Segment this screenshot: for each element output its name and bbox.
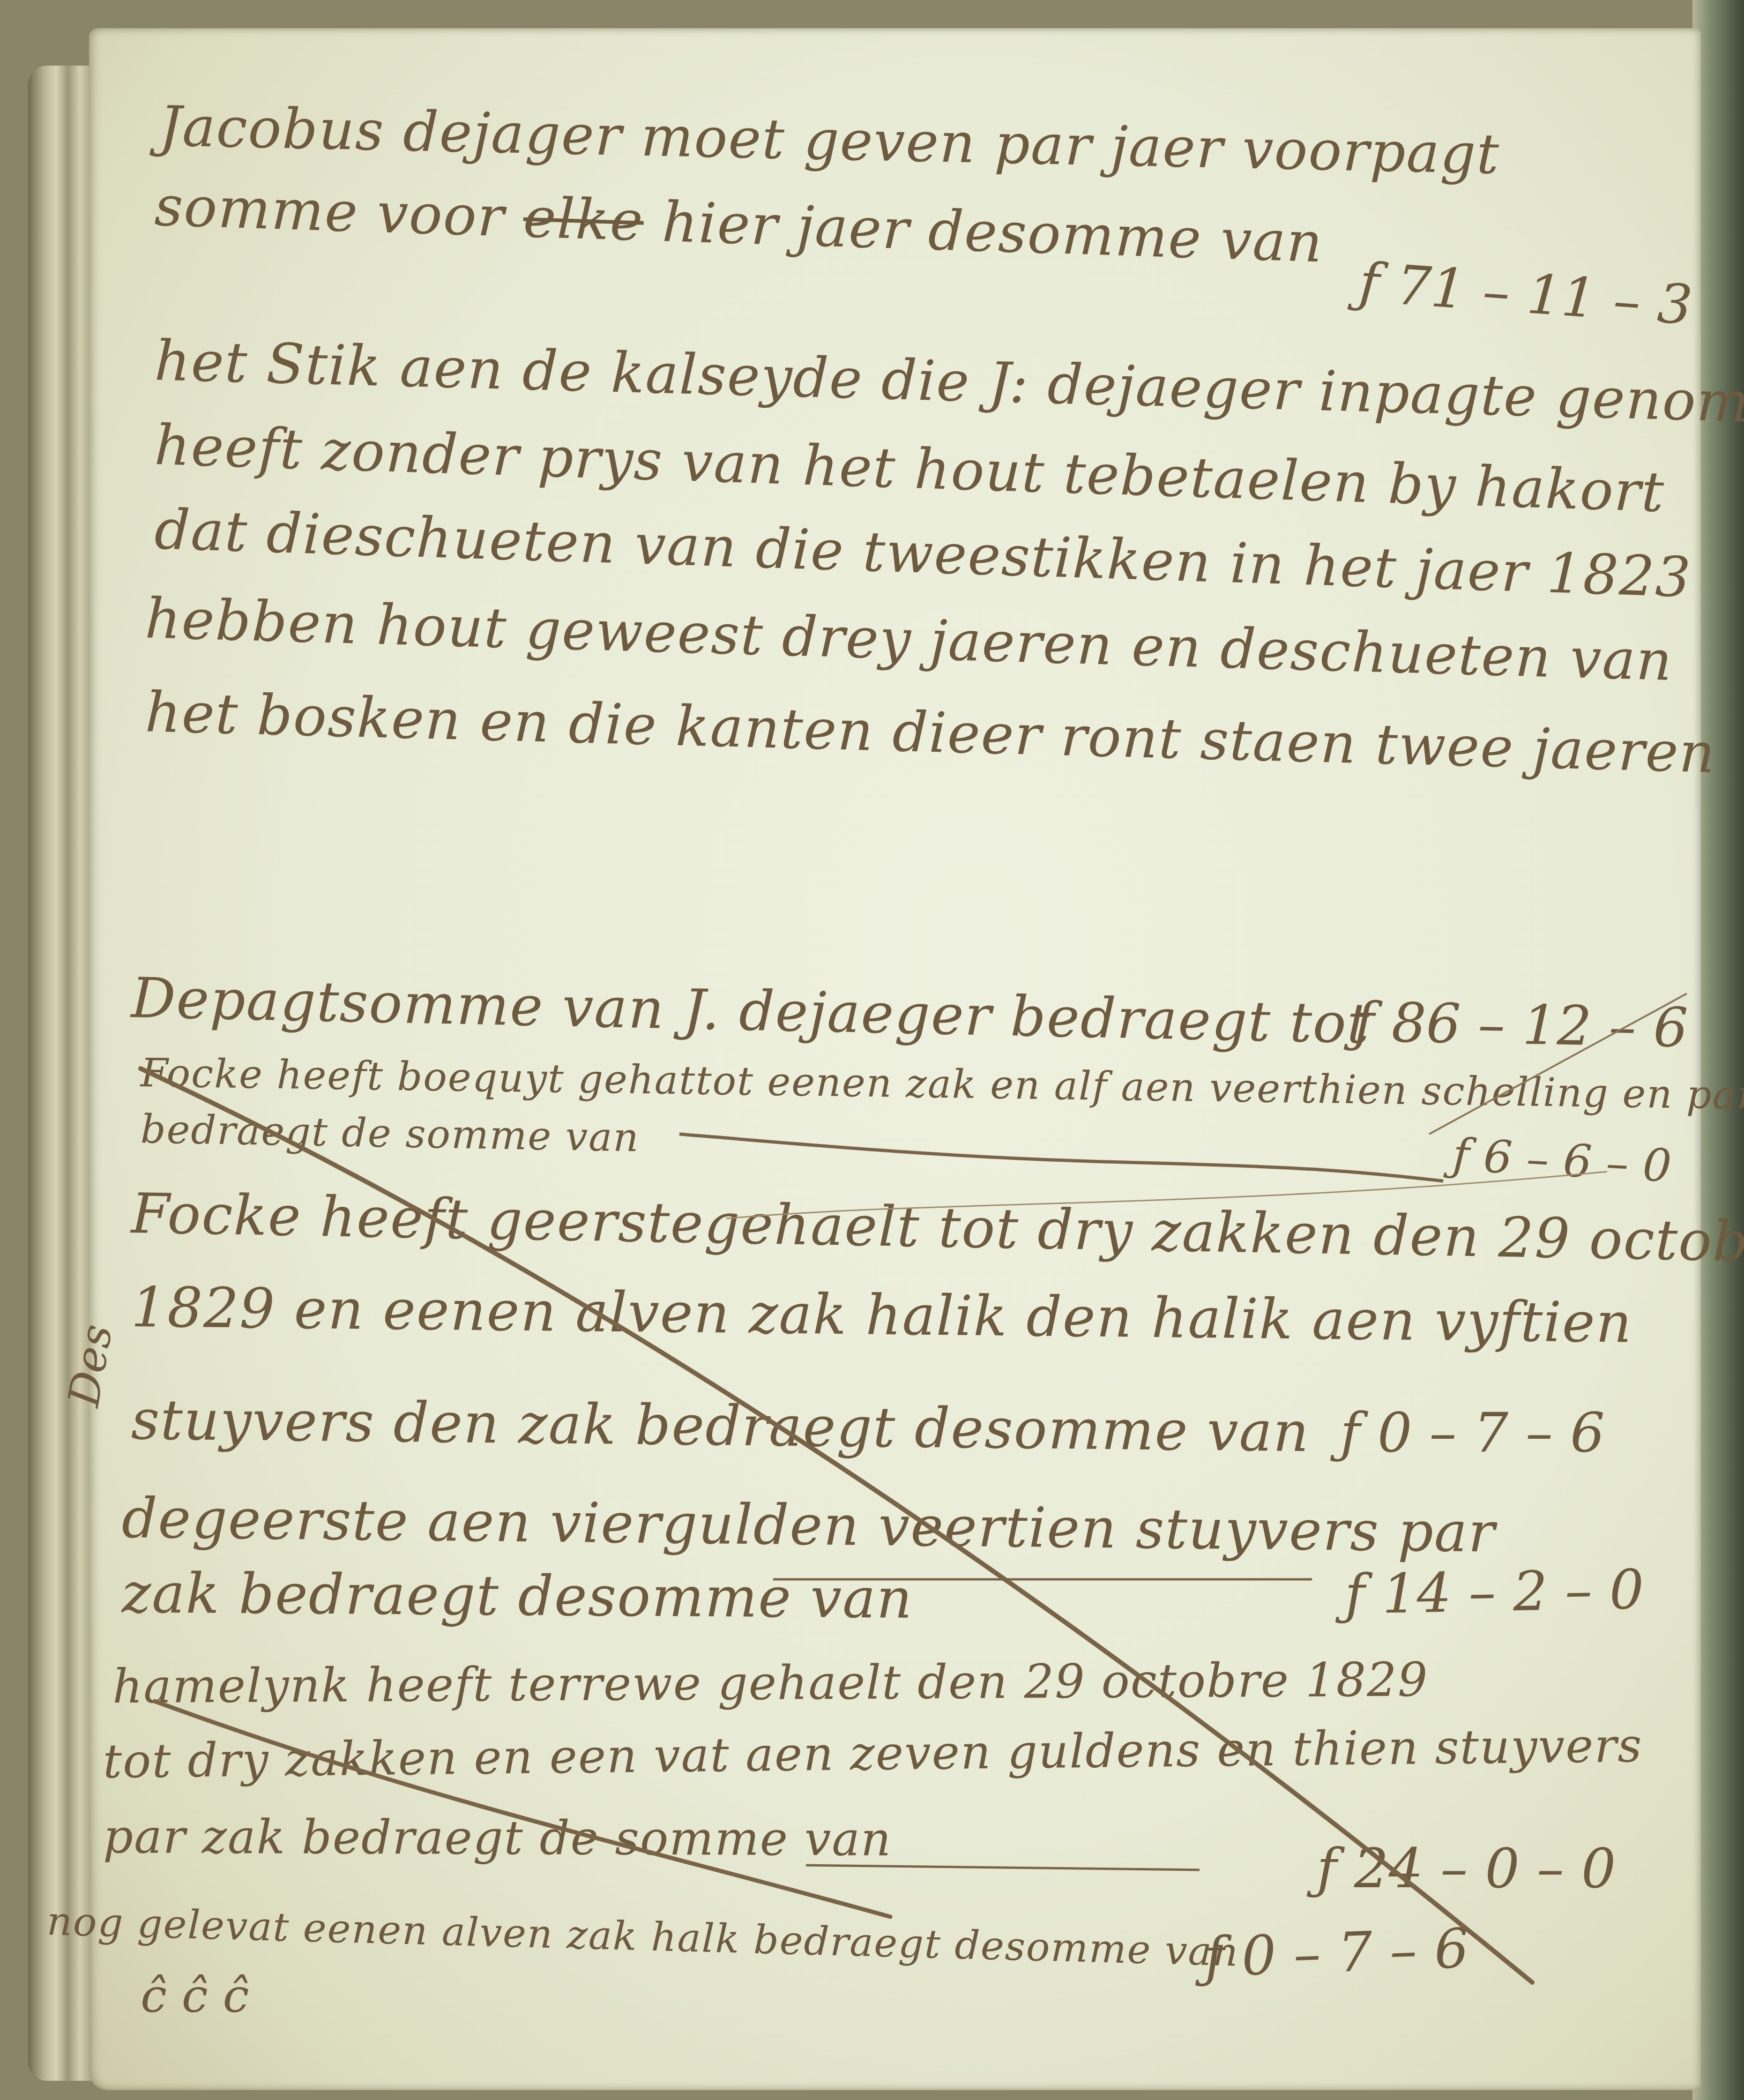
strike-through-lines: [0, 0, 1744, 2100]
